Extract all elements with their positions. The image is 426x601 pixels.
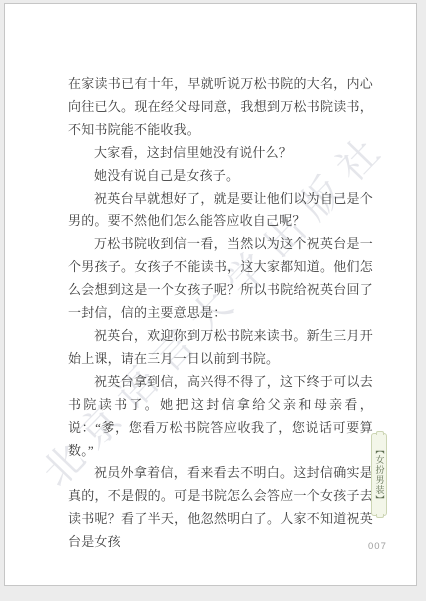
paragraph: 在家读书已有十年，早就听说万松书院的大名，内心向往已久。现在经父母同意，我想到万… <box>68 73 373 142</box>
reader-viewport: 北京语言大学出版社 在家读书已有十年，早就听说万松书院的大名，内心向往已久。现在… <box>0 0 426 601</box>
document-page: 北京语言大学出版社 在家读书已有十年，早就听说万松书院的大名，内心向往已久。现在… <box>4 3 417 586</box>
page-number: 007 <box>368 541 387 552</box>
paragraph: 她没有说自己是女孩子。 <box>68 165 373 188</box>
paragraph: 祝英台，欢迎你到万松书院来读书。新生三月开始上课，请在三月一日以前到书院。 <box>68 325 373 371</box>
paragraph: 祝英台早就想好了，就是要让他们以为自己是个男的。要不然他们怎么能答应收自己呢？ <box>68 188 373 234</box>
paragraph: 祝英台拿到信，高兴得不得了，这下终于可以去书院读书了。她把这封信拿给父亲和母亲看… <box>68 371 373 463</box>
paragraph: 万松书院收到信一看，当然以为这个祝英台是一个男孩子。女孩子不能读书，这大家都知道… <box>68 233 373 325</box>
chapter-side-tab-label: 【女扮男装】 <box>375 445 384 505</box>
body-text: 在家读书已有十年，早就听说万松书院的大名，内心向往已久。现在经父母同意，我想到万… <box>68 73 373 554</box>
paragraph: 大家看，这封信里她没有说什么？ <box>68 142 373 165</box>
paragraph: 祝员外拿着信，看来看去不明白。这封信确实是真的，不是假的。可是书院怎么会答应一个… <box>68 462 373 554</box>
chapter-side-tab: 【女扮男装】 <box>371 433 387 516</box>
